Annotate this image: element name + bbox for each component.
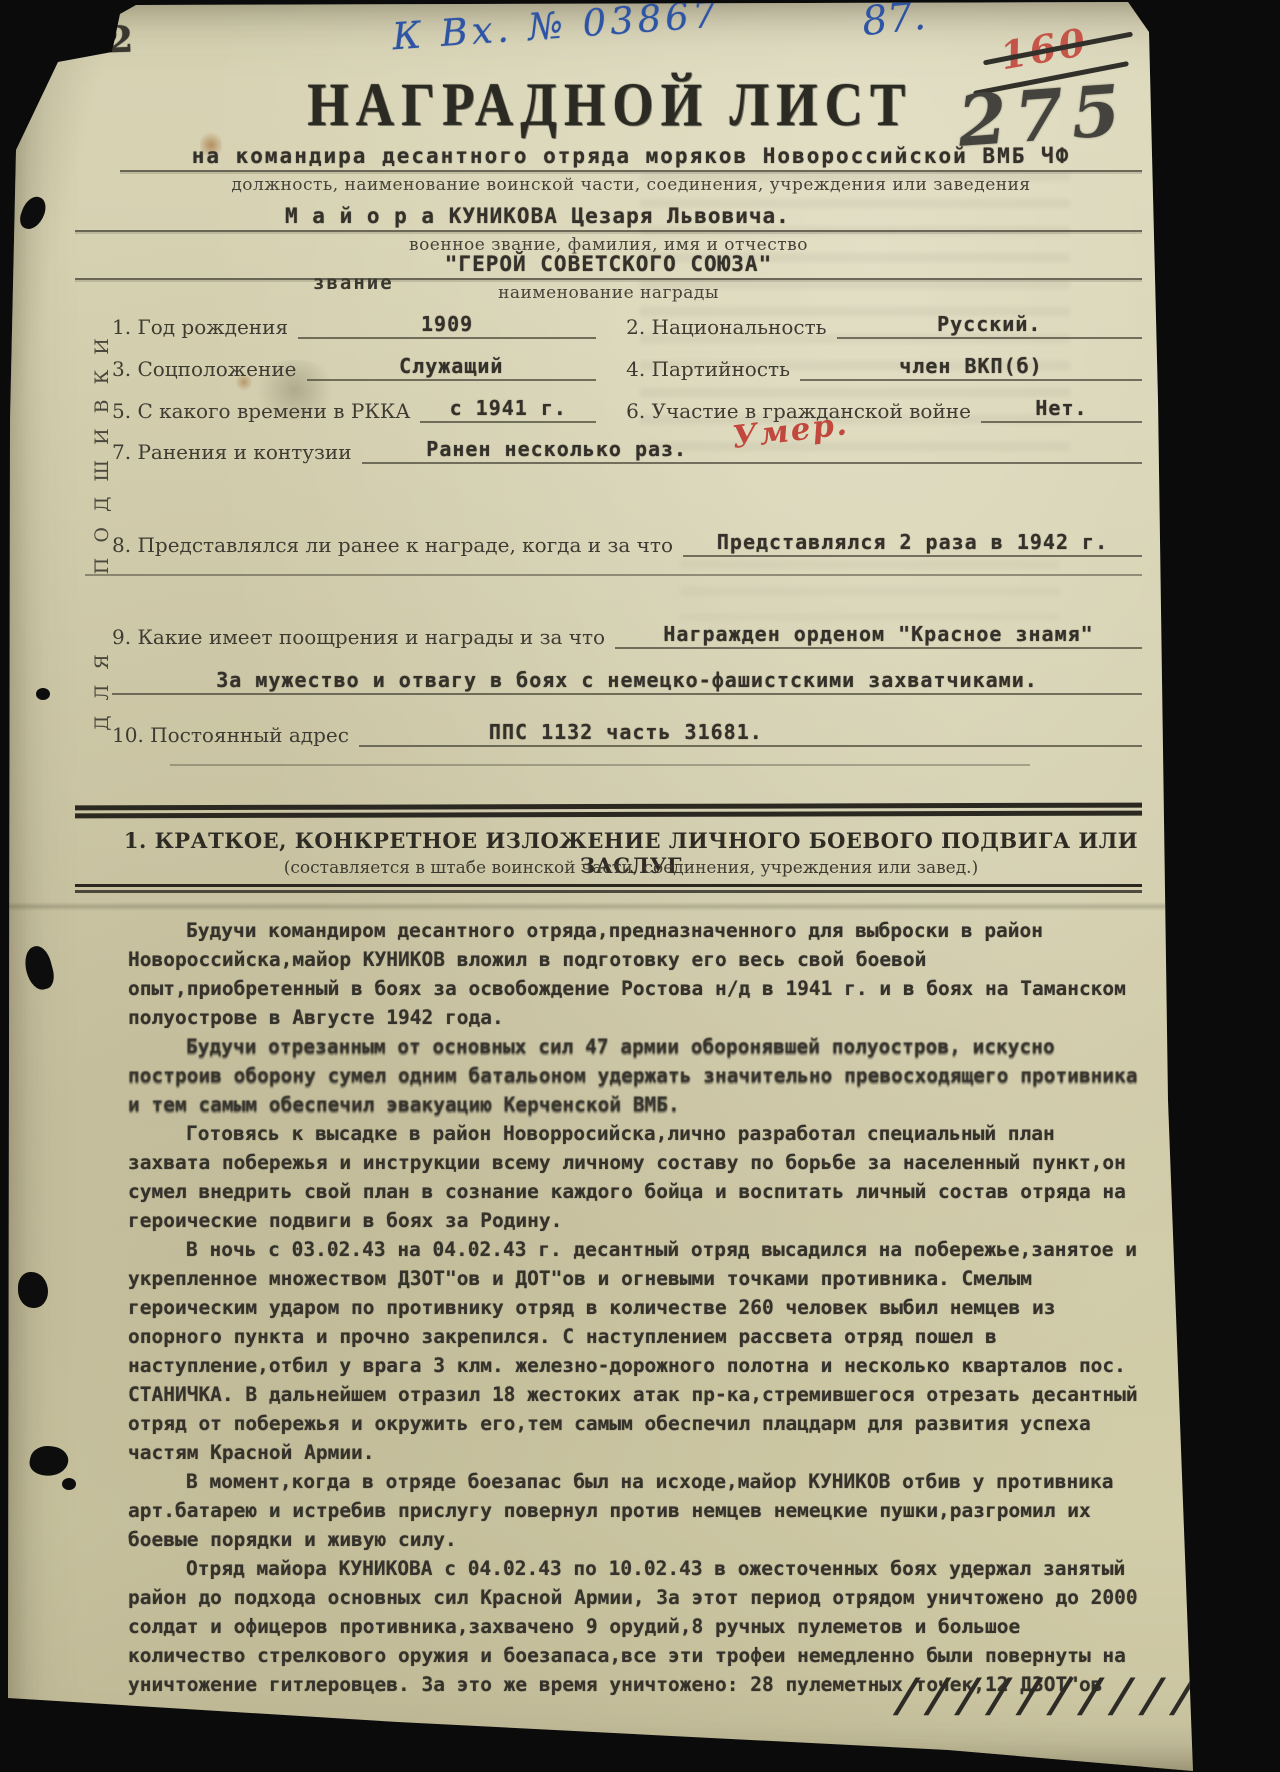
field-social-position: 3. Соцположение Служащий — [112, 354, 596, 381]
field-row-5-6: 5. С какого времени в РККА с 1941 г. 6. … — [112, 396, 1142, 423]
field-number: 4. — [626, 357, 645, 381]
field-label: Постоянный адрес — [150, 723, 349, 747]
field-label: Партийность — [652, 357, 790, 381]
field-row-9: 9. Какие имеет поощрения и награды и за … — [112, 622, 1142, 649]
field-birth-year: 1. Год рождения 1909 — [112, 312, 596, 339]
field-awards-reason: За мужество и отвагу в боях с немецко-фа… — [112, 668, 1142, 695]
ink-blot — [28, 1443, 71, 1479]
field-value: Нет. — [1035, 396, 1087, 420]
filing-margin-text: ДЛЯ ПОДШИВКИ — [91, 247, 113, 807]
ink-blot — [36, 688, 50, 700]
form-line-award: "ГЕРОЙ СОВЕТСКОГО СОЮЗА" звание наименов… — [75, 252, 1142, 303]
field-row-3-4: 3. Соцположение Служащий 4. Партийность … — [112, 354, 1142, 381]
section-rule-bottom — [75, 884, 1142, 887]
field-number: 2. — [626, 315, 645, 339]
ink-blot — [21, 943, 58, 992]
citation-text: Будучи командиром десантного отряда,пред… — [128, 916, 1144, 1699]
field-value: с 1941 г. — [450, 396, 567, 420]
citation-paragraph: В момент,когда в отряде боезапас был на … — [128, 1467, 1144, 1554]
field-rkka-since: 5. С какого времени в РККА с 1941 г. — [112, 396, 596, 423]
field-row-9-continued: За мужество и отвагу в боях с немецко-фа… — [112, 668, 1142, 695]
field-civil-war: 6. Участие в гражданской войне Нет. — [626, 396, 1142, 423]
field-awards: 9. Какие имеет поощрения и награды и за … — [112, 622, 1142, 649]
field-wounds: 7. Ранения и контузии Ранен несколько ра… — [112, 437, 1142, 464]
field-value: 1909 — [421, 312, 473, 336]
blank-form-line — [170, 764, 1030, 766]
field-number: 9. — [112, 625, 131, 649]
field-value: член ВКП(б) — [899, 354, 1042, 378]
field-row-7: 7. Ранения и контузии Ранен несколько ра… — [112, 437, 1142, 464]
field-nationality: 2. Национальность Русский. — [626, 312, 1142, 339]
rank-name-value: М а й о р а КУНИКОВА Цезаря Львовича. — [75, 204, 1142, 232]
award-value: "ГЕРОЙ СОВЕТСКОГО СОЮЗА" — [75, 252, 1142, 280]
field-row-1-2: 1. Год рождения 1909 2. Национальность Р… — [112, 312, 1142, 339]
ink-blot — [17, 193, 49, 232]
field-prior-nominations: 8. Представлялся ли ранее к награде, ког… — [112, 530, 1142, 557]
field-value: Награжден орденом "Красное знамя" — [663, 622, 1093, 646]
field-row-8: 8. Представлялся ли ранее к награде, ког… — [112, 530, 1142, 557]
section-rule-top — [75, 803, 1142, 811]
handwritten-number-blue: 87. — [860, 0, 928, 45]
field-value: Служащий — [399, 354, 503, 378]
field-label: Национальность — [652, 315, 827, 339]
award-caption: наименование награды — [75, 283, 1142, 303]
award-prefix: звание — [313, 272, 394, 294]
position-value: на командира десантного отряда моряков Н… — [120, 144, 1142, 172]
field-label: Какие имеет поощрения и награды и за что — [137, 625, 605, 649]
section-subheading: (составляется в штабе воинской части, со… — [120, 858, 1142, 878]
field-number: 6. — [626, 399, 645, 423]
paper-sheet: 142 К Вх. № 03867 87. 160 275 НАГРАДНОЙ … — [0, 0, 1280, 1772]
document-title: НАГРАДНОЙ ЛИСТ — [120, 71, 1099, 141]
field-number: 8. — [112, 533, 131, 557]
field-label: Год рождения — [137, 315, 288, 339]
scanned-document: 142 К Вх. № 03867 87. 160 275 НАГРАДНОЙ … — [0, 0, 1280, 1772]
field-number: 5. — [112, 399, 131, 423]
citation-paragraph: Будучи отрезанным от основных сил 47 арм… — [128, 1032, 1144, 1119]
field-number: 3. — [112, 357, 131, 381]
field-value: ППС 1132 часть 31681. — [489, 720, 763, 744]
field-value: Ранен несколько раз. — [426, 437, 687, 461]
form-line-name: М а й о р а КУНИКОВА Цезаря Львовича. во… — [75, 204, 1142, 255]
field-value: За мужество и отвагу в боях с немецко-фа… — [216, 668, 1038, 692]
field-label: Представлялся ли ранее к награде, когда … — [137, 533, 673, 557]
field-number: 10. — [112, 723, 144, 747]
blank-form-line — [85, 574, 1142, 576]
field-label: Ранения и контузии — [137, 440, 351, 464]
paper-crease — [0, 902, 1280, 911]
field-party-membership: 4. Партийность член ВКП(б) — [626, 354, 1142, 381]
field-number: 1. — [112, 315, 131, 339]
field-value: Русский. — [937, 312, 1041, 336]
hatch-marks: /////////// — [889, 1668, 1234, 1722]
field-label: С какого времени в РККА — [137, 399, 410, 423]
form-line-position: на командира десантного отряда моряков Н… — [120, 144, 1142, 195]
field-value: Представлялся 2 раза в 1942 г. — [717, 530, 1108, 554]
ink-bleed-through — [680, 560, 1060, 620]
citation-paragraph: В ночь с 03.02.43 на 04.02.43 г. десантн… — [128, 1235, 1144, 1467]
ink-blot — [18, 1272, 48, 1308]
page-number-stamp: 142 — [39, 18, 143, 64]
field-label: Соцположение — [137, 357, 296, 381]
ink-blot — [62, 1478, 76, 1490]
field-row-10: 10. Постоянный адрес ППС 1132 часть 3168… — [112, 720, 1142, 747]
citation-paragraph: Будучи командиром десантного отряда,пред… — [128, 916, 1144, 1032]
field-number: 7. — [112, 440, 131, 464]
citation-paragraph: Готовясь к высадке в район Новорросийска… — [128, 1119, 1144, 1235]
field-permanent-address: 10. Постоянный адрес ППС 1132 часть 3168… — [112, 720, 1142, 747]
handwritten-registration-number: К Вх. № 03867 — [391, 0, 722, 58]
position-caption: должность, наименование воинской части, … — [120, 175, 1142, 195]
